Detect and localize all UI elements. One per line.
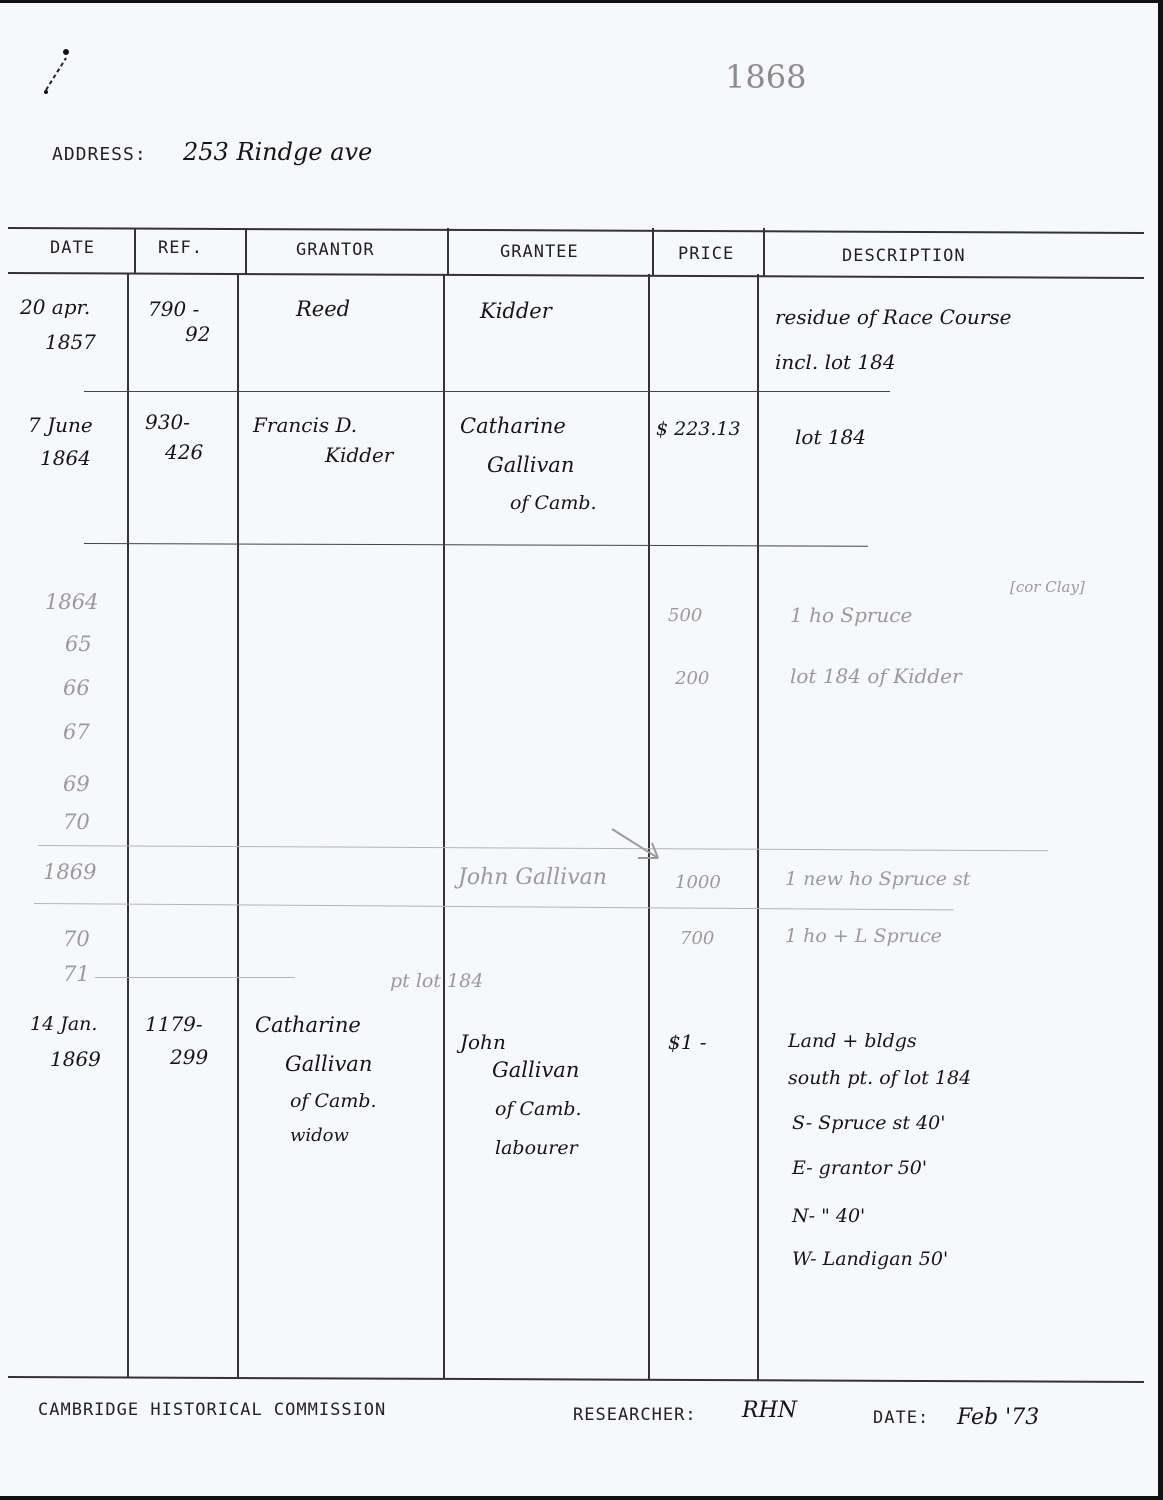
scan-top-edge	[0, 0, 1163, 3]
header-date: DATE	[50, 238, 95, 258]
pencil-description: 1 new ho Spruce st	[785, 868, 970, 890]
header-divider	[447, 228, 449, 274]
pencil-year: 70	[63, 810, 90, 834]
pencil-description: 1 ho + L Spruce	[785, 925, 942, 947]
header-ref: REF.	[158, 238, 203, 258]
table-bottom-line	[8, 1376, 1144, 1383]
row3-description-line2: south pt. of lot 184	[788, 1067, 971, 1089]
row3-description-line1: Land + bldgs	[788, 1030, 917, 1052]
scan-bottom-edge	[0, 1496, 1163, 1500]
row1-ref-line1: 790 -	[148, 297, 199, 321]
row-separator	[84, 391, 890, 392]
row3-grantor-line1: Catharine	[255, 1013, 361, 1037]
row3-grantee-line1: John	[460, 1030, 506, 1054]
pencil-cor-clay: [cor Clay]	[1010, 578, 1085, 596]
header-price: PRICE	[678, 244, 734, 264]
row2-grantee-line2: Gallivan	[487, 453, 574, 477]
pencil-price: 200	[675, 668, 709, 689]
scan-right-edge	[1158, 0, 1163, 1500]
address-value: 253 Rindge ave	[183, 138, 372, 166]
footer-researcher-label: RESEARCHER:	[573, 1405, 697, 1425]
row3-grantor-line2: Gallivan	[285, 1052, 372, 1076]
row1-date-line2: 1857	[45, 330, 96, 354]
row3-description-line4: E- grantor 50'	[792, 1157, 927, 1179]
header-divider	[763, 228, 765, 276]
pencil-description: 1 ho Spruce	[790, 603, 912, 627]
row2-grantee-line3: of Camb.	[510, 492, 597, 514]
footer-date-label: DATE:	[873, 1408, 929, 1428]
header-bottom-line	[8, 272, 1144, 279]
row2-grantor-line2: Kidder	[325, 443, 393, 467]
pencil-price: 500	[668, 605, 702, 626]
pencil-year: 70	[63, 927, 90, 951]
pencil-year: 66	[63, 676, 90, 700]
pencil-rule	[38, 845, 1048, 851]
row2-date-line1: 7 June	[28, 413, 93, 437]
header-divider	[134, 228, 136, 274]
row2-grantor-line1: Francis D.	[253, 413, 357, 437]
row3-grantor-line4: widow	[290, 1125, 349, 1146]
row1-date-line1: 20 apr.	[20, 295, 90, 319]
column-divider	[757, 274, 759, 1381]
pencil-price: 700	[680, 928, 714, 949]
row3-ref-line2: 299	[170, 1045, 208, 1069]
row2-price: $ 223.13	[656, 418, 741, 440]
row1-description-line1: residue of Race Course	[775, 305, 1011, 329]
pencil-year: 71	[63, 962, 90, 986]
row3-date-line2: 1869	[50, 1047, 101, 1071]
address-label: ADDRESS:	[52, 144, 147, 165]
pencil-arrow-icon	[608, 825, 668, 865]
footer-organization: CAMBRIDGE HISTORICAL COMMISSION	[38, 1400, 386, 1420]
year-note: 1868	[725, 58, 806, 96]
header-divider	[652, 228, 654, 276]
row3-description-line5: N- " 40'	[792, 1205, 865, 1227]
row1-ref-line2: 92	[185, 322, 210, 346]
row3-date-line1: 14 Jan.	[30, 1013, 97, 1035]
row2-ref-line1: 930-	[145, 410, 190, 434]
row1-description-line2: incl. lot 184	[775, 350, 896, 374]
pencil-grantee: John Gallivan	[458, 865, 607, 890]
header-grantee: GRANTEE	[500, 242, 579, 262]
row1-grantor: Reed	[296, 297, 350, 321]
header-grantor: GRANTOR	[296, 240, 375, 260]
pencil-pt-lot: pt lot 184	[390, 970, 483, 992]
column-divider	[237, 274, 239, 1377]
row3-grantee-line3: of Camb.	[495, 1098, 582, 1120]
row3-ref-line1: 1179-	[145, 1012, 203, 1036]
pencil-year: 1864	[45, 590, 98, 614]
pencil-price: 1000	[675, 872, 721, 893]
row3-grantor-line3: of Camb.	[290, 1090, 377, 1112]
pencil-rule	[34, 903, 954, 910]
row3-description-line3: S- Spruce st 40'	[792, 1112, 945, 1134]
row3-grantee-line4: labourer	[495, 1137, 578, 1159]
row2-description: lot 184	[795, 425, 866, 449]
row-separator	[84, 543, 868, 547]
row3-price: $1 -	[668, 1030, 707, 1054]
pencil-year: 65	[65, 632, 92, 656]
row2-ref-line2: 426	[165, 440, 203, 464]
pencil-year: 67	[63, 720, 90, 744]
row3-grantee-line2: Gallivan	[492, 1058, 579, 1082]
column-divider	[127, 274, 129, 1377]
row1-grantee: Kidder	[480, 299, 552, 323]
footer-researcher-value: RHN	[742, 1398, 797, 1423]
row2-date-line2: 1864	[40, 446, 91, 470]
footer-date-value: Feb '73	[957, 1405, 1039, 1430]
row3-description-line6: W- Landigan 50'	[792, 1248, 948, 1270]
header-divider	[245, 228, 247, 274]
pencil-rule	[95, 977, 295, 978]
row2-grantee-line1: Catharine	[460, 414, 566, 438]
header-description: DESCRIPTION	[842, 246, 966, 266]
stray-pen-mark	[40, 40, 80, 100]
table-top-line	[8, 227, 1144, 234]
column-divider	[443, 274, 445, 1378]
pencil-description: lot 184 of Kidder	[790, 664, 962, 688]
pencil-year: 1869	[43, 860, 96, 884]
pencil-year: 69	[63, 772, 90, 796]
